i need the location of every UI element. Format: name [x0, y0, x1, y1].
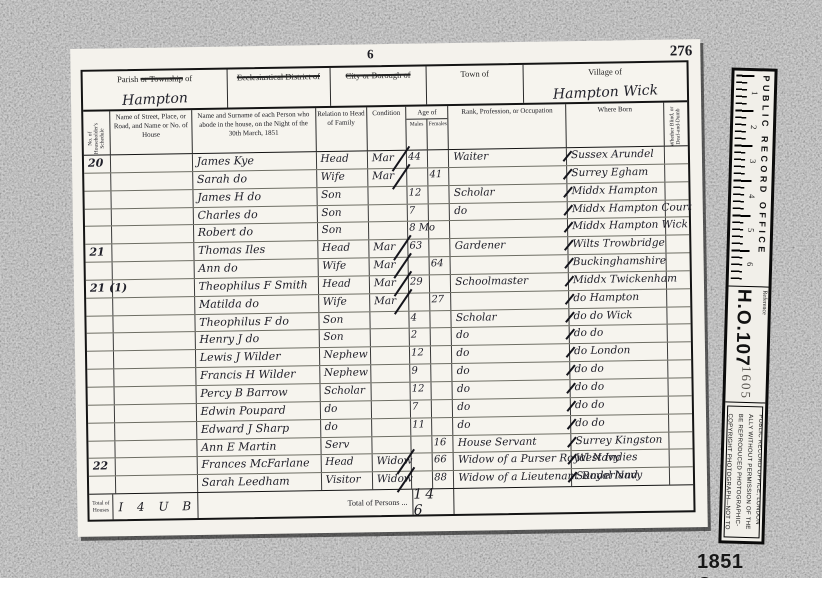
cell-relation: Head — [318, 241, 370, 259]
cell-name: Charles do — [193, 206, 317, 225]
cell-age-female: 64 — [430, 257, 451, 274]
cell-infirm — [665, 164, 688, 181]
cell-infirm — [666, 235, 689, 252]
cell-condition — [371, 347, 411, 364]
census-page: 6 276 Parish or Township ofHamptonEccles… — [70, 39, 708, 537]
cell-infirm — [670, 450, 693, 467]
cell-condition: Mar — [370, 276, 410, 293]
cell-schedule-number — [87, 369, 114, 386]
cell-relation: Son — [319, 312, 371, 330]
cell-name: Robert do — [194, 223, 318, 242]
cell-relation: Son — [319, 330, 371, 348]
cell-where-born: Buckinghamshire — [569, 254, 667, 272]
cell-where-born: Middx Hampton Wick — [568, 218, 666, 236]
cell-street — [113, 297, 195, 315]
cell-name: Ann do — [194, 259, 318, 278]
copyright-notice: COPYRIGHT PHOTOGRAPH—NOT TOBE REPRODUCED… — [724, 413, 764, 530]
column-header-condition: Condition — [367, 107, 407, 151]
district-cell-label: Town of — [427, 68, 523, 80]
cell-schedule-number — [87, 334, 114, 351]
cell-condition — [371, 383, 411, 400]
cell-name: Theophilus F do — [195, 313, 319, 332]
cell-condition — [370, 329, 410, 346]
age-label: Age of — [406, 106, 447, 119]
column-header-label: No. of Householder's Schedule — [87, 118, 106, 155]
cell-age-male — [407, 168, 428, 185]
cell-condition — [372, 418, 412, 435]
cell-age-female — [431, 364, 452, 381]
cell-street — [112, 190, 194, 208]
cell-age-female — [429, 221, 450, 238]
caption-1851-census: 1851 Census — [697, 551, 822, 578]
district-cell-label: Ecclesiastical District of — [228, 71, 330, 83]
district-cell-label: City or Borough of — [330, 69, 426, 81]
cell-occupation: Widow of a Lieutenant Royal Navy — [454, 469, 572, 488]
cell-name: Edwin Poupard — [196, 402, 320, 421]
cell-relation: Serv — [321, 437, 373, 455]
cell-name: Sarah do — [193, 170, 317, 189]
column-header-occupation: Rank, Profession, or Occupation — [449, 104, 567, 149]
cell-age-female — [432, 382, 453, 399]
cell-schedule-number — [88, 423, 115, 440]
cell-age-male: 12 — [407, 186, 428, 203]
district-label-text: Village of — [588, 66, 622, 77]
cell-where-born: Middx Hampton — [567, 182, 665, 200]
cell-street — [111, 172, 193, 190]
district-cell: Ecclesiastical District of — [228, 68, 331, 108]
label-part: of — [183, 73, 192, 83]
column-header-relation: Relation to Head of Family — [316, 107, 368, 151]
cell-age-female: 16 — [433, 436, 454, 453]
cell-relation: Head — [321, 455, 373, 473]
cell-condition — [372, 436, 412, 453]
cell-relation: Wife — [317, 169, 369, 187]
cell-occupation: do — [453, 380, 571, 399]
cell-name: James H do — [193, 188, 317, 207]
cell-street — [115, 386, 197, 404]
cell-age-female — [428, 150, 449, 167]
cell-name: Lewis J Wilder — [196, 348, 320, 367]
cell-schedule-number — [88, 441, 115, 458]
cell-relation: Nephew — [319, 348, 371, 366]
ruler-number: 5 — [746, 228, 756, 238]
folio-number: 276 — [670, 43, 693, 60]
cell-relation: Wife — [318, 258, 370, 276]
cell-age-male — [409, 293, 430, 310]
cell-street — [114, 368, 196, 386]
cell-age-female — [430, 275, 451, 292]
cell-age-female — [429, 239, 450, 256]
cell-occupation: do — [453, 398, 571, 417]
cell-age-male: 4 — [409, 311, 430, 328]
cell-name: Ann E Martin — [197, 438, 321, 457]
cell-where-born: do do — [570, 361, 668, 379]
cell-age-male: 9 — [410, 364, 431, 381]
total-houses-box: Total of Houses I 4 U B — [89, 493, 198, 520]
column-header-label: Name and Surname of each Person who abod… — [193, 110, 314, 138]
district-cell: Parish or Township ofHampton — [83, 70, 229, 110]
cell-schedule-number: 20 — [84, 155, 111, 172]
cell-where-born: do Hampton — [569, 289, 667, 307]
cell-schedule-number — [86, 316, 113, 333]
cell-condition: Mar — [368, 169, 408, 186]
cell-occupation: Waiter — [449, 148, 567, 167]
cell-relation: Head — [318, 276, 370, 294]
cell-schedule-number — [88, 387, 115, 404]
cell-occupation: do — [452, 327, 570, 346]
cell-schedule-number — [84, 191, 111, 208]
cell-where-born: do do — [571, 379, 669, 397]
cell-where-born: West Indies — [572, 450, 670, 468]
cell-street — [114, 350, 196, 368]
cell-where-born: Middx Twickenham — [569, 272, 667, 290]
cell-street — [112, 243, 194, 261]
cell-condition: Mar — [368, 151, 408, 168]
column-header-label: Rank, Profession, or Occupation — [461, 106, 552, 116]
cell-condition — [369, 222, 409, 239]
cell-age-male — [411, 436, 432, 453]
cell-age-female: 27 — [430, 293, 451, 310]
cell-infirm — [665, 182, 688, 199]
cell-age-female — [431, 328, 452, 345]
cell-where-born: do do Wick — [569, 307, 667, 325]
cell-occupation: do — [453, 362, 571, 381]
total-houses-value: I 4 U B — [113, 499, 196, 514]
cell-street — [111, 154, 193, 172]
total-persons-value: 14 6 — [412, 489, 455, 515]
cell-schedule-number: 21 (1) — [86, 280, 113, 297]
cell-where-born: Sunderland — [572, 468, 670, 486]
cell-where-born: do do — [570, 325, 668, 343]
cell-infirm — [666, 253, 689, 270]
cell-where-born: Surrey Kingston — [571, 432, 669, 450]
piece-number: 1605 — [737, 366, 754, 400]
cell-schedule-number — [86, 298, 113, 315]
label-part: Parish — [117, 74, 141, 84]
cell-relation: Son — [317, 187, 369, 205]
cell-occupation: Gardener — [451, 237, 569, 256]
reference-section: Reference H.O.107 1605 — [725, 286, 768, 403]
cell-age-male: 7 — [411, 400, 432, 417]
district-handwritten-value: Hampton Wick — [524, 81, 688, 104]
cell-name: Matilda do — [195, 295, 319, 314]
cell-condition: Mar — [369, 258, 409, 275]
cell-relation: do — [320, 401, 372, 419]
cell-schedule-number — [87, 352, 114, 369]
ruler-number: 4 — [747, 193, 757, 203]
cell-street — [116, 457, 198, 475]
age-subheaders: MalesFemales — [406, 119, 448, 150]
ruler-number: 3 — [748, 159, 758, 169]
cell-relation: Nephew — [320, 365, 372, 383]
cell-name: Percy B Barrow — [196, 384, 320, 403]
cell-age-female: 41 — [428, 168, 449, 185]
cell-schedule-number — [88, 405, 115, 422]
cell-condition — [372, 400, 412, 417]
cell-schedule-number — [85, 227, 112, 244]
cell-infirm — [669, 414, 692, 431]
cell-street — [113, 261, 195, 279]
column-header-label: Condition — [372, 109, 400, 118]
cell-infirm — [668, 378, 691, 395]
district-label-text: Town of — [460, 68, 489, 78]
district-cell-label: Parish or Township of — [83, 73, 227, 85]
cell-occupation: Widow of a Purser Royal Navy — [454, 451, 572, 470]
column-header-sched: No. of Householder's Schedule — [83, 111, 111, 154]
cell-occupation: do — [452, 344, 570, 363]
cell-occupation — [450, 220, 568, 239]
cell-street — [115, 404, 197, 422]
cell-age-female — [432, 400, 453, 417]
cell-relation: Head — [316, 151, 368, 169]
cell-occupation: House Servant — [454, 434, 572, 453]
cell-age-male: 11 — [411, 418, 432, 435]
ruler-number: 2 — [749, 125, 759, 135]
cell-street — [114, 315, 196, 333]
cell-relation: Son — [317, 205, 369, 223]
cell-age-male: 2 — [410, 329, 431, 346]
cell-where-born: Sussex Arundel — [567, 147, 665, 165]
district-cell: City or Borough of — [330, 66, 427, 106]
cell-street — [113, 279, 195, 297]
cell-age-female — [431, 346, 452, 363]
column-header-age: Age ofMalesFemales — [406, 106, 449, 150]
district-cell-label: Village of — [523, 65, 686, 78]
cell-occupation: do — [450, 202, 568, 221]
column-header-label: Where Born — [598, 105, 633, 114]
cell-infirm — [665, 146, 688, 163]
column-header-label: Whether Blind, or Deaf-and-Dumb — [670, 105, 683, 145]
ho-reference: H.O.107 — [730, 289, 754, 367]
cell-name: Thomas Iles — [194, 241, 318, 260]
column-header-label: Name of Street, Place, or Road, and Name… — [111, 112, 190, 139]
cell-age-male: 12 — [410, 347, 431, 364]
cell-age-female — [429, 186, 450, 203]
cell-occupation — [451, 291, 569, 310]
cell-schedule-number — [86, 262, 113, 279]
cell-relation: do — [321, 419, 373, 437]
column-header-infirm: Whether Blind, or Deaf-and-Dumb — [664, 102, 688, 145]
cell-condition — [369, 204, 409, 221]
cell-age-female — [431, 311, 452, 328]
cell-where-born: do do — [571, 396, 669, 414]
totals-empty-area — [455, 485, 694, 514]
total-persons-label: Total of Persons ... — [198, 490, 413, 518]
cell-schedule-number — [84, 173, 111, 190]
cell-street — [116, 475, 198, 493]
cell-schedule-number — [85, 209, 112, 226]
cell-street — [112, 208, 194, 226]
cell-occupation — [449, 166, 567, 185]
age-sub-males: Males — [406, 119, 428, 150]
cell-name: James Kye — [193, 152, 317, 171]
cell-street — [112, 225, 194, 243]
cell-name: Frances McFarlane — [197, 455, 321, 474]
column-header-label: Relation to Head of Family — [317, 109, 366, 127]
cell-age-male — [412, 472, 433, 489]
cell-occupation: Scholar — [452, 309, 570, 328]
cell-infirm — [668, 325, 691, 342]
cell-infirm — [667, 307, 690, 324]
cell-where-born: Wilts Trowbridge — [568, 236, 666, 254]
cell-street — [116, 440, 198, 458]
district-cell: Village ofHampton Wick — [523, 62, 687, 103]
label-part-struck: or Township — [140, 73, 183, 84]
cell-street — [114, 332, 196, 350]
cell-infirm — [668, 343, 691, 360]
column-header-street: Name of Street, Place, or Road, and Name… — [110, 110, 192, 154]
ruler-number: 6 — [745, 262, 755, 272]
cell-condition: Mar — [369, 240, 409, 257]
cell-relation: Son — [317, 223, 369, 241]
cell-infirm — [666, 218, 689, 235]
census-rows: 20James KyeHeadMar44WaiterSussex Arundel… — [84, 146, 693, 493]
column-header-name: Name and Surname of each Person who abod… — [192, 108, 316, 153]
cell-relation: Scholar — [320, 383, 372, 401]
cell-occupation: Scholar — [450, 184, 568, 203]
age-sub-females: Females — [428, 119, 449, 150]
ruler-scale-section: 123456 PUBLIC RECORD OFFICE — [729, 71, 775, 288]
cell-infirm — [667, 289, 690, 306]
district-handwritten-value: Hampton — [83, 89, 227, 111]
district-cell: Town of — [427, 65, 524, 105]
cell-name: Edward J Sharp — [197, 420, 321, 439]
cell-occupation: do — [453, 416, 571, 435]
cell-infirm — [670, 467, 693, 484]
cell-condition: Mar — [370, 293, 410, 310]
cell-name: Theophilus F Smith — [195, 277, 319, 296]
total-houses-label: Total of Houses — [89, 494, 113, 519]
cell-name: Francis H Wilder — [196, 366, 320, 385]
cell-where-born: do do — [571, 414, 669, 432]
district-label-text: City or Borough of — [346, 70, 411, 81]
cell-infirm — [666, 200, 689, 217]
cell-age-female — [429, 204, 450, 221]
cell-name: Henry J do — [195, 331, 319, 350]
cell-infirm — [667, 271, 690, 288]
cell-infirm — [669, 432, 692, 449]
cell-age-male: 12 — [411, 382, 432, 399]
reference-label: Reference — [761, 290, 768, 314]
cell-condition — [370, 311, 410, 328]
column-header-born: Where Born — [566, 103, 665, 148]
cell-age-male: 7 — [408, 204, 429, 221]
cell-street — [115, 422, 197, 440]
ruler-number: 1 — [750, 91, 760, 101]
cell-relation: Visitor — [321, 472, 373, 490]
cell-condition — [371, 365, 411, 382]
cell-occupation: Schoolmaster — [451, 273, 569, 292]
cell-relation: Wife — [319, 294, 371, 312]
cell-age-female: 88 — [433, 471, 454, 488]
cell-occupation — [451, 255, 569, 274]
cell-where-born: Surrey Egham — [567, 164, 665, 182]
cell-schedule-number: 21 — [85, 245, 112, 262]
cell-name: Sarah Leedham — [198, 473, 322, 492]
cell-schedule-number: 22 — [89, 459, 116, 476]
cell-schedule-number — [89, 476, 116, 493]
cell-where-born: Middx Hampton Court — [568, 200, 666, 218]
cell-condition: Widow — [373, 472, 413, 489]
cell-age-female: 66 — [433, 453, 454, 470]
photo-background: 6 276 Parish or Township ofHamptonEccles… — [0, 0, 822, 578]
cell-age-female — [432, 418, 453, 435]
cell-infirm — [668, 360, 691, 377]
cell-where-born: do London — [570, 343, 668, 361]
copyright-box: COPYRIGHT PHOTOGRAPH—NOT TOBE REPRODUCED… — [724, 405, 764, 538]
cell-condition — [368, 186, 408, 203]
district-label-text: Ecclesiastical District of — [237, 71, 320, 82]
cell-condition: Widow — [372, 454, 412, 471]
cell-infirm — [669, 396, 692, 413]
census-form: Parish or Township ofHamptonEcclesiastic… — [81, 60, 696, 521]
screenshot-root: 6 276 Parish or Township ofHamptonEccles… — [0, 0, 822, 595]
